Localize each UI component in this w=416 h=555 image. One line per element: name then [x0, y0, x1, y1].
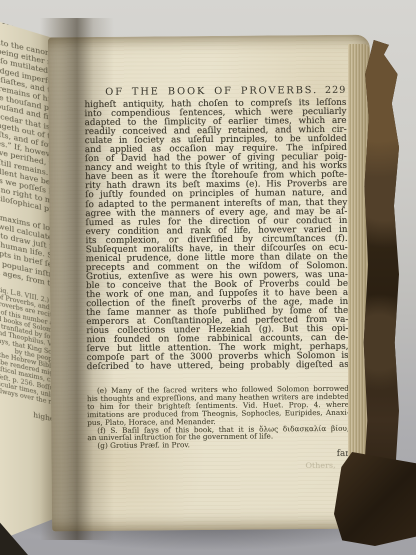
catchword: far — [87, 449, 349, 461]
showthrough-text: Others, — [88, 461, 336, 471]
left-running-header: K OF PROVERBS. — [0, 0, 60, 39]
page-number: 229 — [325, 85, 346, 96]
footnotes: (e) Many of the ſacred writers who follo… — [87, 385, 350, 451]
running-header: OF THE BOOK OF PROVERBS. 229 — [84, 85, 346, 98]
body-line: deſcribed to have uttered, being probabl… — [87, 361, 349, 372]
body-text: higheſt antiquity, hath choſen to compre… — [84, 99, 348, 373]
page-title: OF THE BOOK OF PROVERBS. — [84, 85, 325, 98]
leather-cover-edge — [363, 40, 399, 528]
bottom-right-board-corner — [334, 452, 416, 546]
book-photograph: K OF PROVERBS. admitted into the canon o… — [0, 0, 416, 555]
book-page: OF THE BOOK OF PROVERBS. 229 higheſt ant… — [48, 35, 374, 532]
